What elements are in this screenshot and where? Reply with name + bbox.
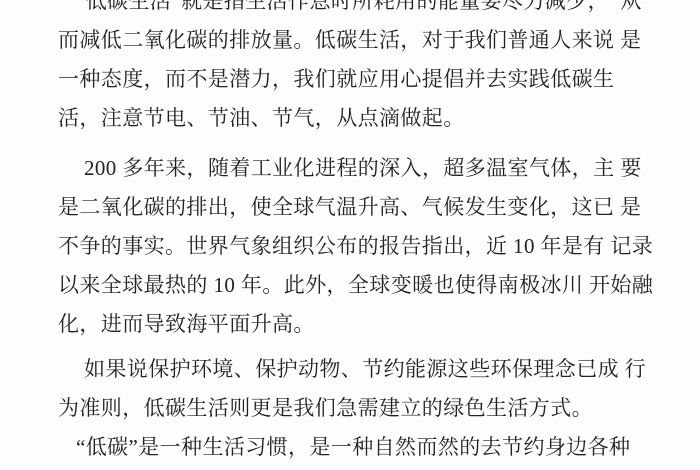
text-line: “低碳生活”就是指生活作息时所耗用的能量要尽力减少， 从 <box>58 0 658 21</box>
paragraph-intro: “低碳生活”就是指生活作息时所耗用的能量要尽力减少， 从 而减低二氧化碳的排放量… <box>58 0 658 138</box>
text-line: 以来全球最热的 10 年。此外，全球变暖也使得南极冰川 开始融 <box>58 266 658 305</box>
text-line: “低碳”是一种生活习惯，是一种自然而然的去节约身边各种 <box>58 428 658 467</box>
paragraph-lifestyle: “低碳”是一种生活习惯，是一种自然而然的去节约身边各种 <box>58 428 658 467</box>
text-line: 是二氧化碳的排出，使全球气温升高、气候发生变化，这已 是 <box>58 188 658 227</box>
paragraph-eco-concepts: 如果说保护环境、保护动物、节约能源这些环保理念已成 行 为准则，低碳生活则更是我… <box>58 350 658 428</box>
text-line: 化，进而导致海平面升高。 <box>58 305 658 344</box>
text-line: 200 多年来，随着工业化进程的深入，超多温室气体，主 要 <box>58 149 658 188</box>
text-line: 如果说保护环境、保护动物、节约能源这些环保理念已成 行 <box>58 350 658 389</box>
document-page: “低碳生活”就是指生活作息时所耗用的能量要尽力减少， 从 而减低二氧化碳的排放量… <box>0 0 700 470</box>
text-line: 一种态度，而不是潜力，我们就应用心提倡并去实践低碳生 <box>58 60 658 99</box>
text-line: 不争的事实。世界气象组织公布的报告指出，近 10 年是有 记录 <box>58 227 658 266</box>
text-line: 活，注意节电、节油、节气，从点滴做起。 <box>58 99 658 138</box>
text-line: 而减低二氧化碳的排放量。低碳生活，对于我们普通人来说 是 <box>58 21 658 60</box>
text-block: “低碳生活”就是指生活作息时所耗用的能量要尽力减少， 从 而减低二氧化碳的排放量… <box>58 0 658 467</box>
text-line: 为准则，低碳生活则更是我们急需建立的绿色生活方式。 <box>58 389 658 428</box>
paragraph-industrialization: 200 多年来，随着工业化进程的深入，超多温室气体，主 要 是二氧化碳的排出，使… <box>58 149 658 344</box>
